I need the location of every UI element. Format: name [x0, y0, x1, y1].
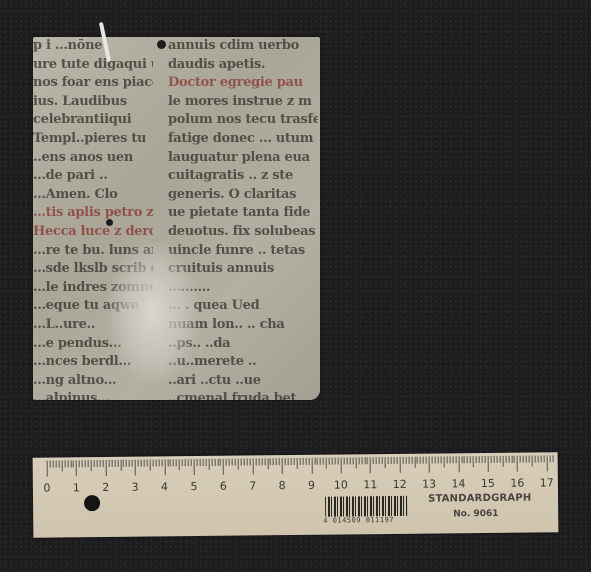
- ruler-tick: [508, 456, 509, 463]
- ruler-tick: [267, 458, 268, 469]
- barcode-number: 4 014509 011197: [323, 516, 394, 525]
- manuscript-line: Templ..pieres tu: [33, 130, 153, 149]
- ruler-tick: [367, 457, 368, 464]
- ruler-tick: [155, 459, 156, 466]
- ruler-tick: [182, 459, 183, 466]
- ruler-tick: [458, 456, 459, 472]
- ruler-tick: [170, 459, 171, 466]
- manuscript-line: ius. Laudibus: [33, 93, 153, 112]
- ruler-tick: [64, 460, 65, 467]
- ruler-tick: [446, 456, 447, 463]
- manuscript-line: annuis cdim uerbo: [168, 37, 318, 56]
- ruler-tick: [532, 456, 533, 467]
- ruler-tick: [335, 458, 336, 465]
- ruler-tick: [235, 459, 236, 466]
- ruler-tick: [355, 457, 356, 468]
- ruler-tick: [349, 457, 350, 464]
- manuscript-fragment: p i ...nōneure tute digaqui uenos foar e…: [33, 37, 320, 400]
- ruler-tick: [114, 460, 115, 467]
- ruler-tick: [344, 457, 345, 464]
- ruler-tick: [255, 458, 256, 465]
- ruler-tick: [470, 456, 471, 463]
- manuscript-line: ue pietate tanta fide: [168, 204, 318, 223]
- ruler-tick: [61, 460, 62, 471]
- ruler-tick: [411, 457, 412, 464]
- ruler-tick: [426, 457, 427, 464]
- ruler-tick: [314, 458, 315, 465]
- ruler-tick: [94, 460, 95, 467]
- ruler-number: 7: [249, 479, 256, 492]
- ruler-tick: [85, 460, 86, 467]
- ruler-tick: [482, 456, 483, 463]
- ruler-tick: [58, 460, 59, 467]
- ruler-tick: [329, 458, 330, 465]
- manuscript-line: generis. O claritas: [168, 186, 318, 205]
- ruler-tick: [276, 458, 277, 465]
- ruler-number: 16: [510, 477, 524, 490]
- parchment-stain: [108, 242, 198, 382]
- ruler-tick: [502, 456, 503, 467]
- ruler-tick: [100, 460, 101, 467]
- manuscript-line: le mores instrue z m: [168, 93, 318, 112]
- ruler-tick: [53, 461, 54, 468]
- ruler-tick: [294, 458, 295, 465]
- ruler-tick: [443, 456, 444, 467]
- ruler-tick: [449, 456, 450, 463]
- ruler-tick: [208, 459, 209, 470]
- ruler-tick: [191, 459, 192, 466]
- manuscript-line: ..ens anos uen: [33, 149, 153, 168]
- ruler-tick: [144, 460, 145, 467]
- ruler-number: 13: [422, 478, 436, 491]
- ruler-tick: [379, 457, 380, 464]
- ruler-tick: [473, 456, 474, 467]
- ruler-tick: [241, 459, 242, 466]
- ruler-tick: [299, 458, 300, 465]
- ruler-tick: [297, 458, 298, 469]
- ruler-tick: [147, 460, 148, 467]
- ruler-tick: [308, 458, 309, 465]
- ruler-tick: [370, 457, 371, 473]
- ruler-tick: [126, 460, 127, 467]
- manuscript-line: daudis apetis.: [168, 56, 318, 75]
- ruler-tick: [302, 458, 303, 465]
- ruler-number: 3: [132, 481, 139, 494]
- manuscript-line: nos foar ens piacer: [33, 74, 153, 93]
- ruler-tick: [279, 458, 280, 465]
- manuscript-line: fatige donec ... utum: [168, 130, 318, 149]
- ruler-tick: [273, 458, 274, 465]
- ruler-tick: [285, 458, 286, 465]
- ruler-number: 5: [190, 480, 197, 493]
- ruler-tick: [405, 457, 406, 464]
- ruler-tick: [341, 458, 342, 474]
- manuscript-line: Doctor egregie pau: [168, 74, 318, 93]
- manuscript-line: ...Amen. Clo: [33, 186, 153, 205]
- ruler-tick: [396, 457, 397, 464]
- ruler-tick: [523, 456, 524, 463]
- ruler-tick: [202, 459, 203, 466]
- ruler-tick: [485, 456, 486, 463]
- manuscript-line: cuitagratis .. z ste: [168, 167, 318, 186]
- ruler-tick: [323, 458, 324, 465]
- ruler-tick: [479, 456, 480, 463]
- ruler-tick: [538, 455, 539, 462]
- ruler-tick: [199, 459, 200, 466]
- ruler-tick: [282, 458, 283, 474]
- ruler-tick: [238, 459, 239, 470]
- manuscript-line: deuotus. fix solubeas: [168, 223, 318, 242]
- ruler-tick: [526, 456, 527, 463]
- ruler-tick: [108, 460, 109, 467]
- ruler-tick: [491, 456, 492, 463]
- ruler-tick: [117, 460, 118, 467]
- ruler-tick: [552, 455, 553, 462]
- ruler-tick: [358, 457, 359, 464]
- ruler-tick: [120, 460, 121, 471]
- ruler-tick: [441, 456, 442, 463]
- ruler-tick: [388, 457, 389, 464]
- ruler-tick: [211, 459, 212, 466]
- ruler-tick: [247, 459, 248, 466]
- ruler-tick: [264, 458, 265, 465]
- ruler-tick: [164, 459, 165, 475]
- ruler-tick: [97, 460, 98, 467]
- manuscript-line: polum nos tecu trasfere: [168, 111, 318, 130]
- ruler-tick: [150, 460, 151, 471]
- ruler-tick: [361, 457, 362, 464]
- ruler-tick: [438, 456, 439, 463]
- ruler-tick: [464, 456, 465, 463]
- scale-ruler: 4 014509 011197 STANDARDGRAPH No. 9061 0…: [33, 452, 559, 537]
- ruler-model: No. 9061: [453, 509, 498, 519]
- barcode: [325, 496, 407, 517]
- ruler-tick: [529, 456, 530, 463]
- ruler-tick: [67, 460, 68, 467]
- ruler-tick: [423, 457, 424, 464]
- ruler-tick: [391, 457, 392, 464]
- ruler-tick: [167, 459, 168, 466]
- ruler-tick: [546, 455, 547, 471]
- ruler-tick: [549, 455, 550, 462]
- ruler-tick: [399, 457, 400, 473]
- ruler-tick: [520, 456, 521, 463]
- ruler-tick: [376, 457, 377, 464]
- ruler-tick: [82, 460, 83, 467]
- ruler-tick: [217, 459, 218, 466]
- ruler-number: 2: [102, 481, 109, 494]
- ruler-tick: [535, 455, 536, 462]
- ruler-tick: [511, 456, 512, 463]
- ruler-tick: [161, 459, 162, 466]
- ruler-tick: [152, 459, 153, 466]
- ruler-tick: [55, 461, 56, 468]
- ruler-tick: [517, 456, 518, 472]
- ruler-tick: [432, 457, 433, 464]
- ruler-tick: [414, 457, 415, 468]
- ruler-tick: [214, 459, 215, 466]
- ruler-number: 0: [43, 482, 50, 495]
- ruler-tick: [417, 457, 418, 464]
- ruler-tick: [220, 459, 221, 466]
- ruler-tick: [364, 457, 365, 464]
- ruler-tick: [258, 458, 259, 465]
- ruler-number: 1: [73, 481, 80, 494]
- ruler-tick: [476, 456, 477, 463]
- ruler-tick: [352, 457, 353, 464]
- manuscript-line: ...alpinus...: [33, 390, 153, 400]
- manuscript-line: ...de pari ..: [33, 167, 153, 186]
- ruler-number: 10: [334, 478, 348, 491]
- ruler-tick: [70, 460, 71, 467]
- ruler-tick: [132, 460, 133, 467]
- ruler-number: 17: [540, 476, 554, 489]
- ruler-tick: [420, 457, 421, 464]
- ruler-tick: [79, 460, 80, 467]
- ruler-tick: [452, 456, 453, 463]
- ruler-tick: [429, 457, 430, 473]
- ruler-tick: [223, 459, 224, 475]
- ruler-tick: [496, 456, 497, 463]
- ruler-tick: [205, 459, 206, 466]
- ruler-tick: [197, 459, 198, 466]
- ruler-number: 15: [481, 477, 495, 490]
- ruler-tick: [493, 456, 494, 463]
- ruler-tick: [226, 459, 227, 466]
- ruler-tick: [252, 458, 253, 474]
- manuscript-line: ...tis aplis petro z pau: [33, 204, 153, 223]
- ruler-tick: [346, 457, 347, 464]
- ruler-tick: [73, 460, 74, 467]
- ruler-tick: [408, 457, 409, 464]
- ruler-tick: [373, 457, 374, 464]
- ruler-number: 11: [363, 478, 377, 491]
- ruler-tick: [461, 456, 462, 463]
- ruler-brand: STANDARDGRAPH: [428, 493, 531, 505]
- ruler-tick: [338, 458, 339, 465]
- ruler-tick: [158, 459, 159, 466]
- ruler-tick: [270, 458, 271, 465]
- ruler-tick: [499, 456, 500, 463]
- ruler-tick: [305, 458, 306, 465]
- ruler-tick: [123, 460, 124, 467]
- ruler-tick: [455, 456, 456, 463]
- manuscript-line: ..cmenal fruda bet: [168, 390, 318, 400]
- ruler-tick: [320, 458, 321, 465]
- ruler-tick: [188, 459, 189, 466]
- ruler-number: 6: [220, 480, 227, 493]
- edge-hole: [157, 40, 166, 49]
- ruler-number: 14: [451, 477, 465, 490]
- ruler-tick: [543, 455, 544, 462]
- ruler-tick: [394, 457, 395, 464]
- ruler-tick: [311, 458, 312, 474]
- manuscript-line: ure tute digaqui ue: [33, 56, 153, 75]
- ruler-tick: [135, 460, 136, 476]
- ruler-tick: [244, 459, 245, 466]
- ruler-tick: [102, 460, 103, 467]
- ruler-number: 9: [308, 479, 315, 492]
- ruler-tick: [261, 458, 262, 465]
- ruler-tick: [435, 457, 436, 464]
- ruler-tick: [173, 459, 174, 466]
- ruler-tick: [288, 458, 289, 465]
- ruler-tick: [317, 458, 318, 465]
- manuscript-line: lauguatur plena eua: [168, 149, 318, 168]
- manuscript-line: Hecca luce z deroie: [33, 223, 153, 242]
- ruler-tick: [105, 460, 106, 476]
- ruler-tick: [176, 459, 177, 466]
- ruler-tick: [385, 457, 386, 468]
- ruler-tick: [141, 460, 142, 467]
- ruler-tick: [50, 461, 51, 468]
- ruler-tick: [185, 459, 186, 466]
- ruler-tick: [129, 460, 130, 467]
- ruler-tick: [332, 458, 333, 465]
- ruler-tick: [488, 456, 489, 472]
- ruler-tick: [194, 459, 195, 475]
- ruler-tick: [76, 460, 77, 476]
- ruler-tick: [291, 458, 292, 465]
- ruler-number: 8: [279, 479, 286, 492]
- ruler-hang-hole: [84, 495, 100, 511]
- ruler-tick: [91, 460, 92, 471]
- ruler-tick: [541, 455, 542, 462]
- ruler-tick: [229, 459, 230, 466]
- manuscript-line: celebrantiiqui: [33, 111, 153, 130]
- ruler-tick: [402, 457, 403, 464]
- ruler-tick: [514, 456, 515, 463]
- ruler-tick: [138, 460, 139, 467]
- ruler-tick: [232, 459, 233, 466]
- ruler-tick: [249, 458, 250, 465]
- ruler-tick: [111, 460, 112, 467]
- ruler-tick: [326, 458, 327, 469]
- ruler-tick: [47, 461, 48, 477]
- manuscript-line: p i ...nōne: [33, 37, 153, 56]
- ruler-tick: [179, 459, 180, 470]
- ruler-tick: [88, 460, 89, 467]
- ruler-number: 4: [161, 480, 168, 493]
- ruler-tick: [382, 457, 383, 464]
- ruler-number: 12: [393, 478, 407, 491]
- ruler-tick: [467, 456, 468, 463]
- ruler-tick: [505, 456, 506, 463]
- worm-hole: [106, 219, 113, 226]
